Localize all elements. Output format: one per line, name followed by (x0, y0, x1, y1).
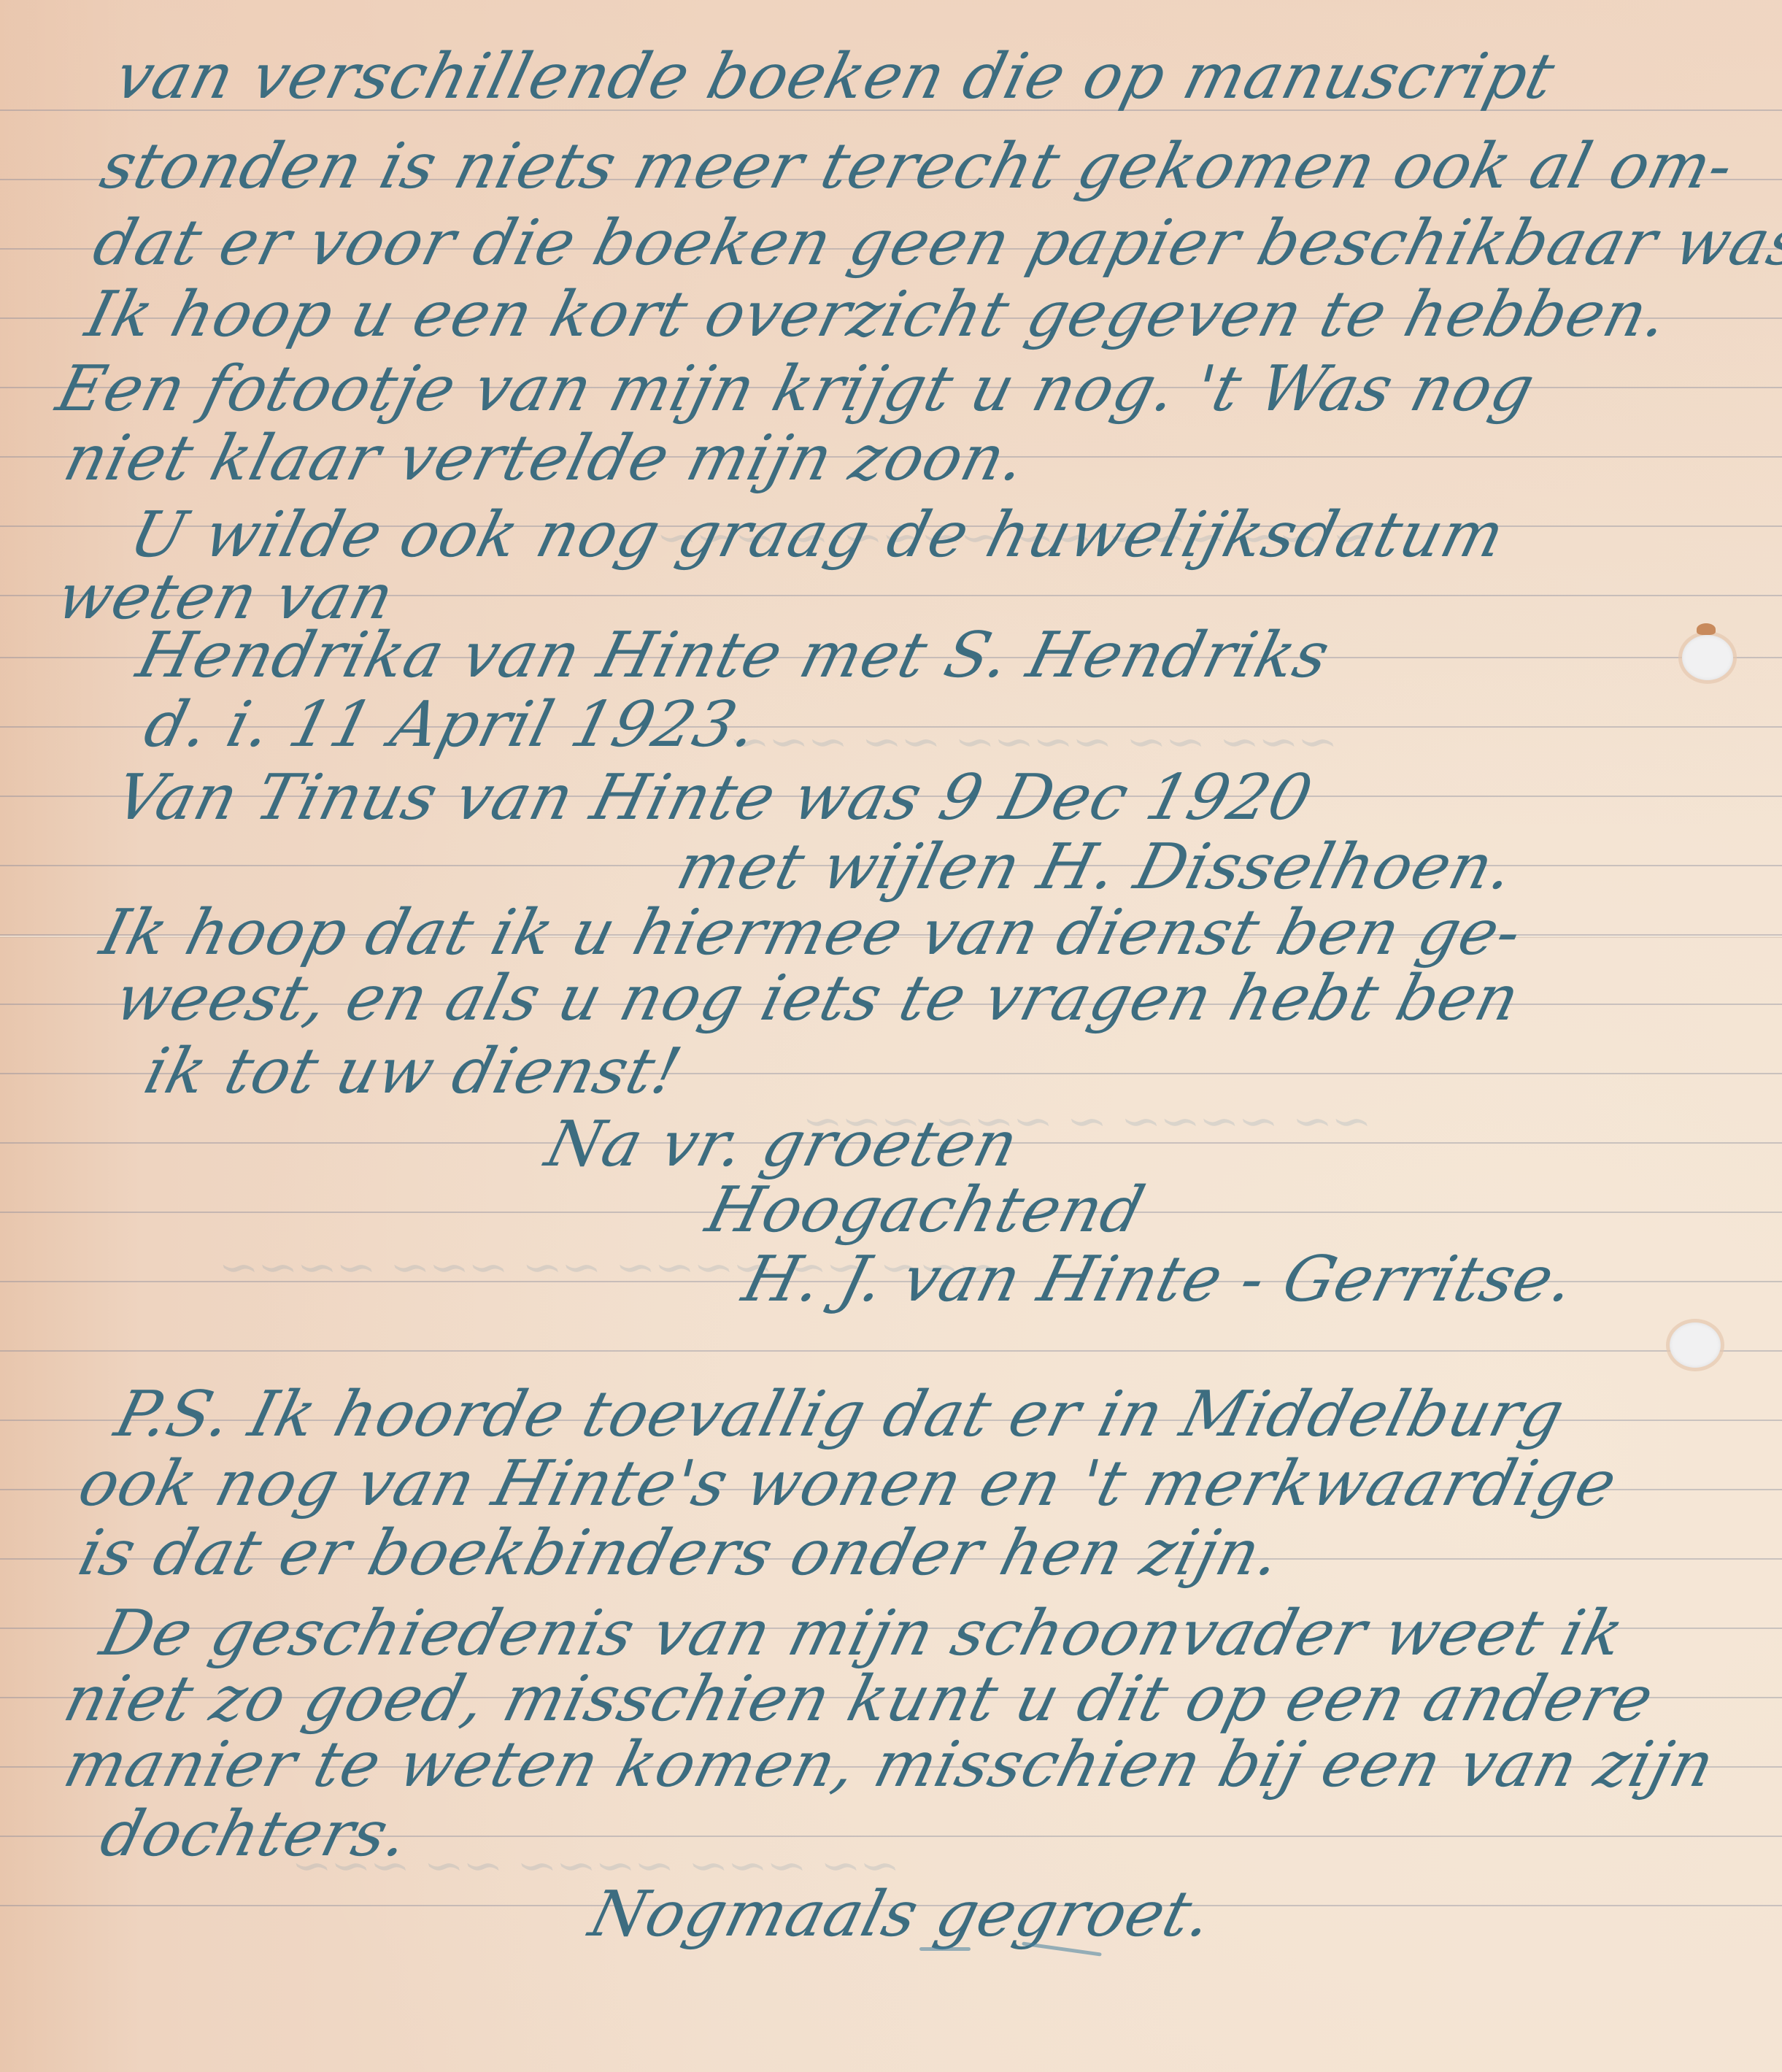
letter-line: niet klaar vertelde mijn zoon. (58, 427, 1033, 490)
letter-line: ik tot uw dienst! (139, 1040, 687, 1103)
rust-stain (1697, 623, 1716, 635)
punch-hole-bottom (1670, 1322, 1721, 1368)
letter-line: van verschillende boeken die op manuscri… (109, 45, 1561, 108)
closing-salutation: Hoogachtend (701, 1179, 1151, 1241)
closing-greeting: Na vr. groeten (540, 1113, 1025, 1176)
letter-line: Een fotootje van mijn krijgt u nog. 't W… (51, 358, 1540, 420)
postscript-closing: Nogmaals gegroet. (584, 1883, 1219, 1946)
letter-line: Ik hoop u een kort overzicht gegeven te … (80, 283, 1675, 346)
postscript-line: De geschiedenis van mijn schoonvader wee… (95, 1602, 1630, 1665)
letter-line: Van Tinus van Hinte was 9 Dec 1920 (109, 766, 1319, 829)
postscript-line: dochters. (95, 1803, 415, 1865)
letter-line: weest, en als u nog iets te vragen hebt … (109, 967, 1526, 1030)
letter-line: dat er voor die boeken geen papier besch… (88, 212, 1782, 274)
letter-line: met wijlen H. Disselhoen. (671, 836, 1520, 898)
postscript-line: ook nog van Hinte's wonen en 't merkwaar… (73, 1452, 1623, 1515)
postscript-line: manier te weten komen, misschien bij een… (58, 1733, 1721, 1796)
postscript-line: is dat er boekbinders onder hen zijn. (73, 1522, 1287, 1584)
ink-mark (919, 1947, 971, 1951)
postscript-line: niet zo goed, misschien kunt u dit op ee… (58, 1668, 1659, 1730)
letter-line: Ik hoop dat ik u hiermee van dienst ben … (95, 901, 1528, 964)
ruled-line (0, 1350, 1782, 1352)
letter-line: U wilde ook nog graag de huwelijksdatum (124, 504, 1511, 566)
postscript-line: P.S. Ik hoorde toevallig dat er in Midde… (109, 1383, 1570, 1446)
letter-line: d. i. 11 April 1923. (139, 693, 764, 756)
signature: H. J. van Hinte - Gerritse. (737, 1248, 1581, 1311)
letter-line: stonden is niets meer terecht gekomen oo… (95, 135, 1740, 198)
letter-page: ~ ~~ ~~~ ~~ ~~~~ ~ ~~~ ~~~ ~~ ~~~~ ~~ ~~… (0, 0, 1782, 2072)
punch-hole-top (1682, 635, 1733, 680)
letter-line: Hendrika van Hinte met S. Hendriks (131, 624, 1335, 687)
